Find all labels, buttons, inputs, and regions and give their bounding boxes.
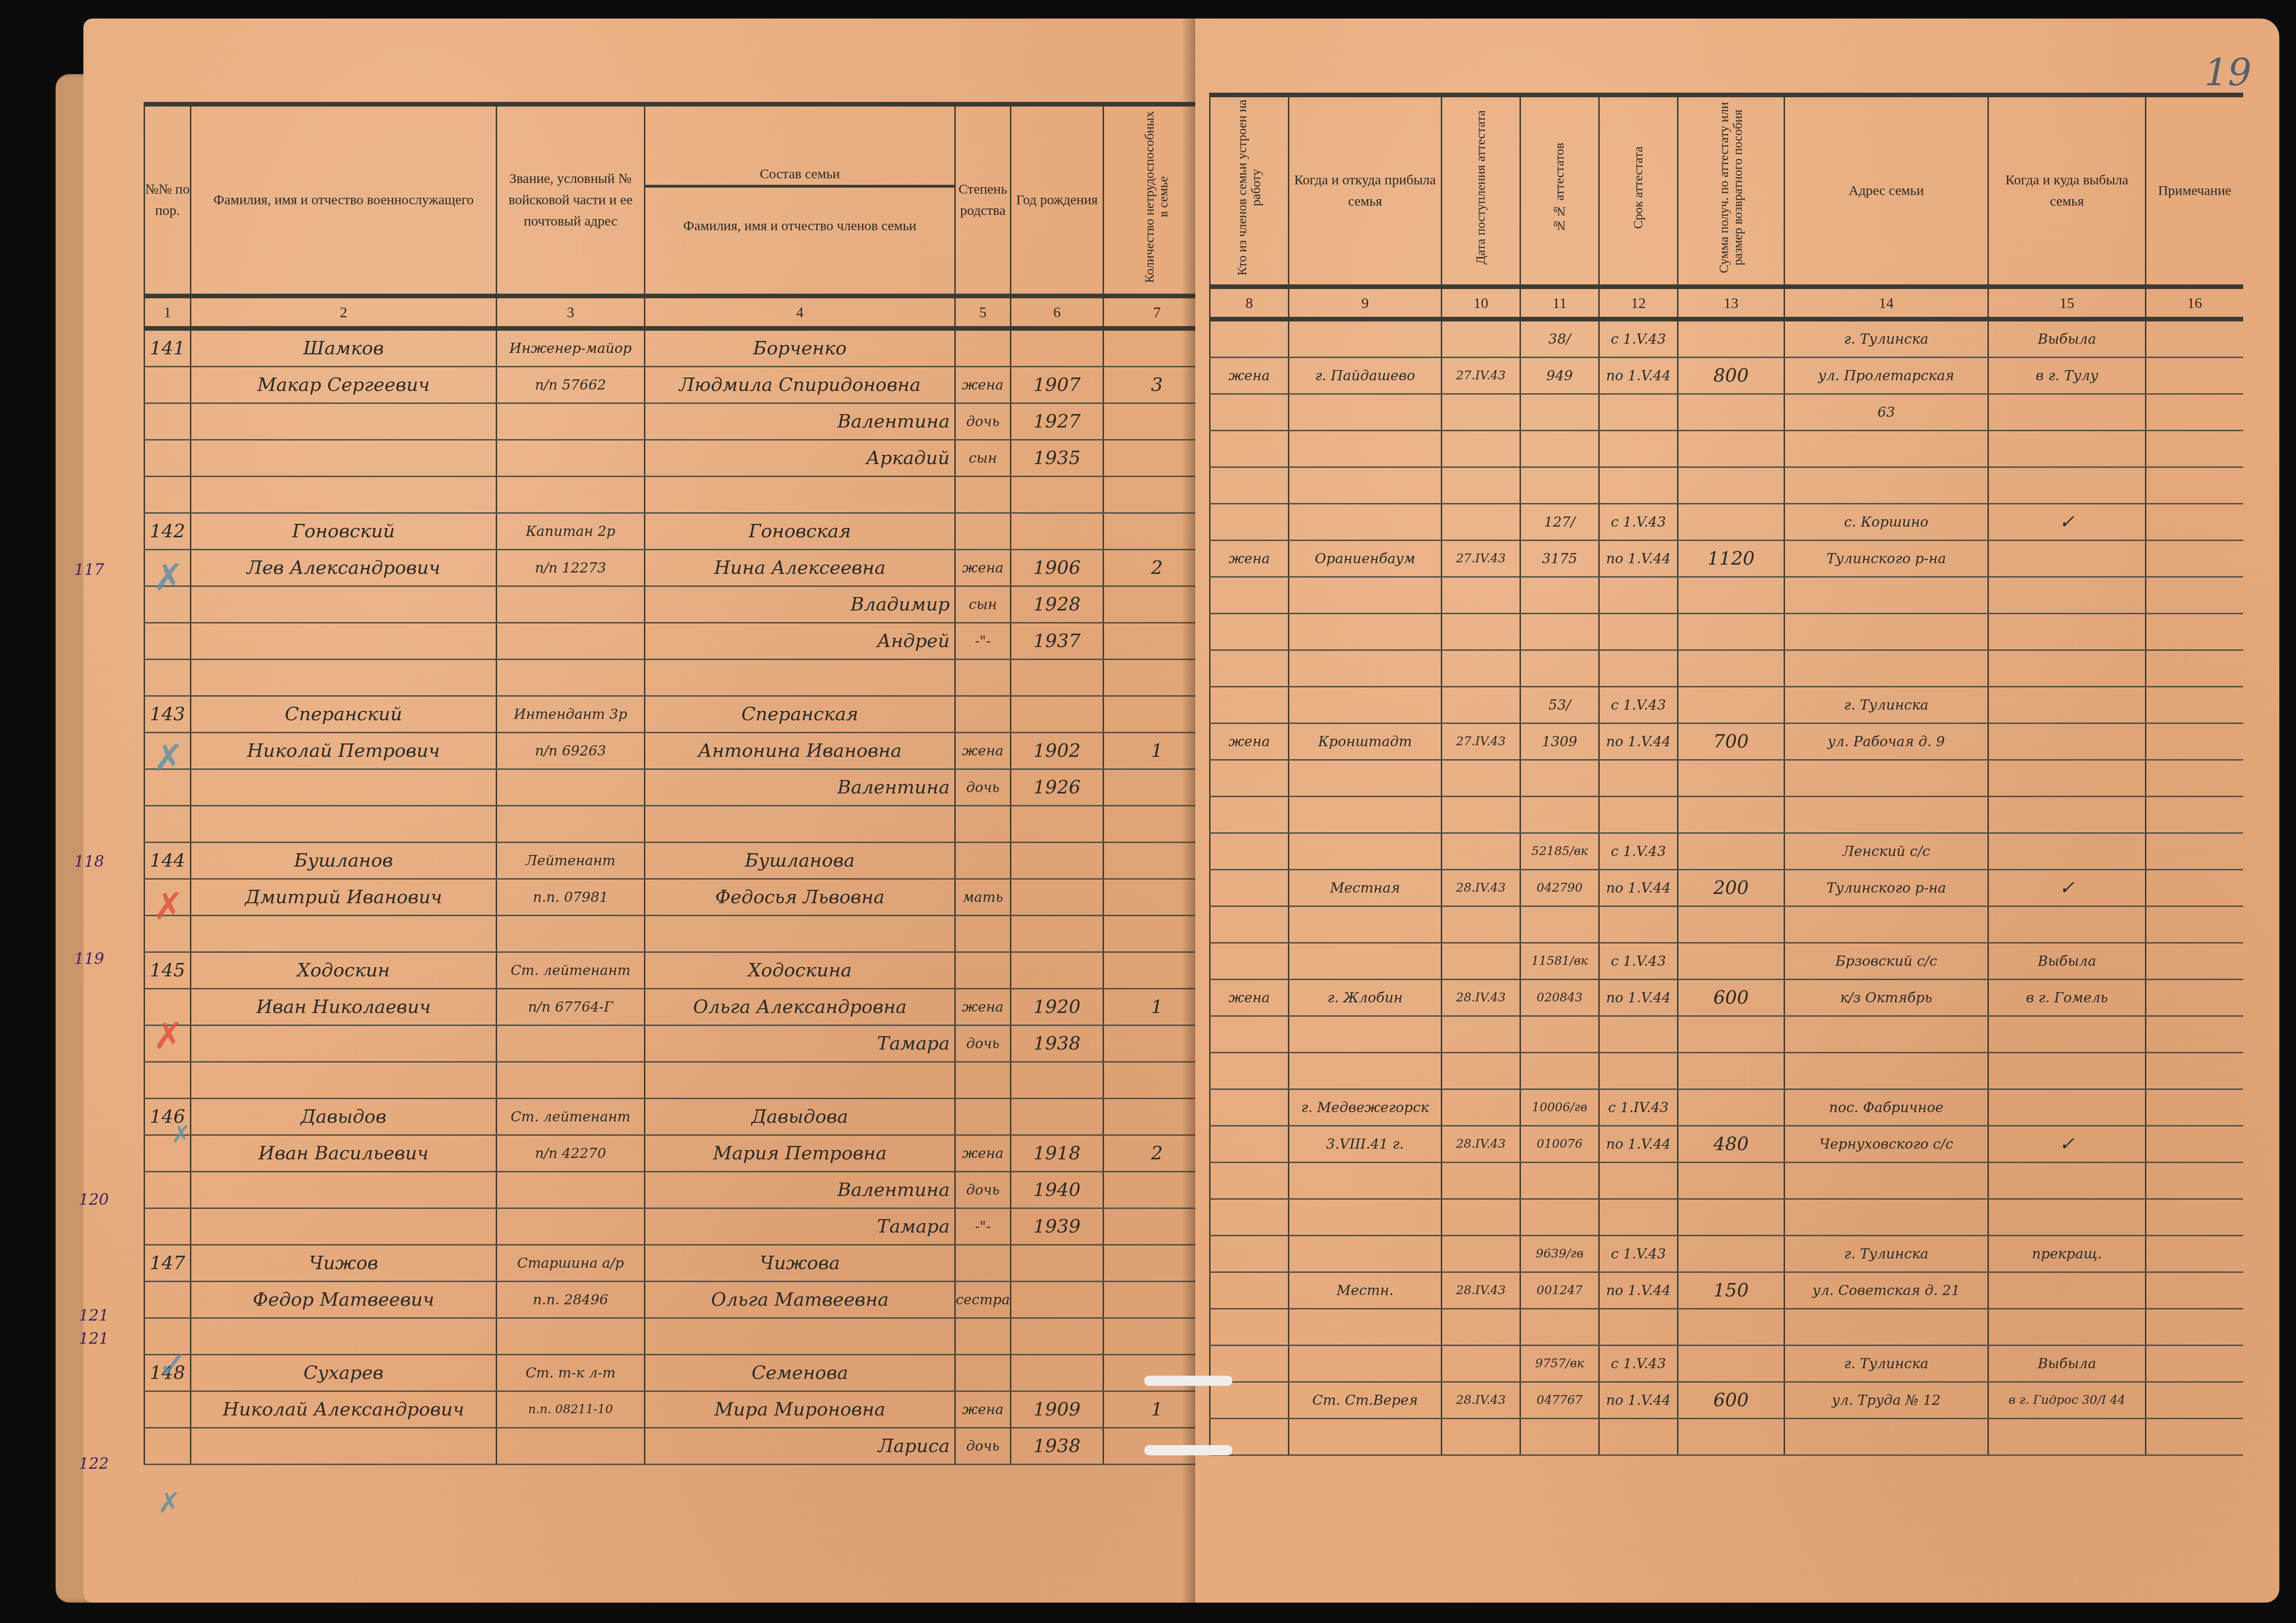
table-row: Дмитрий Иванович п.п. 07981 Федосья Льво… [145,879,1210,916]
header-col10: Дата поступления аттестата [1442,95,1520,287]
header-col3: Звание, условный № войсковой части и ее … [497,104,645,296]
departed: Выбыла [1988,319,2146,358]
unit: п/п 67764-Г [497,989,645,1025]
member-relation: жена [955,550,1011,586]
member-name: Тамара [645,1025,955,1062]
header-col8-label: Кто из членов семьи устроен на работу [1236,97,1263,278]
address: с. Коршино [1785,504,1988,541]
attestat-no: 9639/гв [1520,1236,1599,1272]
table-row: Местн. 28.IV.43 001247 по 1.V.44 150 ул.… [1210,1272,2243,1309]
check-mark-icon: ✓ [1988,1126,2146,1163]
attestat-date: 28.IV.43 [1442,980,1520,1016]
employed: жена [1210,541,1289,577]
member-year: 1926 [1011,769,1104,806]
attestat-date: 28.IV.43 [1442,1382,1520,1419]
left-column-numbers: 1 2 3 4 5 6 7 [145,296,1210,328]
table-row: 145 Ходоскин Ст. лейтенант Ходоскина [145,952,1210,989]
arrived-date: 3.VIII.41 г. [1289,1126,1442,1163]
stub-number: 118 [74,852,104,871]
binding-thread [1144,1445,1232,1455]
colnum: 11 [1520,287,1599,319]
member-year: 1938 [1011,1025,1104,1062]
serviceman-surname: Сперанский [191,696,497,733]
attestat-term: с 1.V.43 [1599,833,1678,870]
right-column-numbers: 8 9 10 11 12 13 14 15 16 [1210,287,2243,319]
attestat-term: по 1.V.44 [1599,1126,1678,1163]
attestat-date: 27.IV.43 [1442,358,1520,394]
member-name: Людмила Спиридоновна [645,367,955,403]
member-relation: -"- [955,623,1011,660]
address: ул. Труда № 12 [1785,1382,1988,1419]
amount: 700 [1678,723,1785,760]
member-relation: дочь [955,769,1011,806]
member-year: 1907 [1011,367,1104,403]
table-row: г. Медвежегорск 10006/гв с 1.IV.43 пос. … [1210,1089,2243,1126]
stub-number: 122 [79,1454,109,1473]
header-col12: Срок аттестата [1599,95,1678,287]
unit: п/п 57662 [497,367,645,403]
right-page: 19 Кто из членов семьи устроен на работу… [1195,19,2279,1603]
member-year: 1928 [1011,586,1104,623]
member-name: Валентина [645,769,955,806]
family-surname: Сперанская [645,696,955,733]
table-row: Николай Александрович п.п. 08211-10 Мира… [145,1391,1210,1428]
amount: 600 [1678,980,1785,1016]
member-name: Валентина [645,403,955,440]
address: пос. Фабричное [1785,1089,1988,1126]
table-row: жена Кронштадт 27.IV.43 1309 по 1.V.44 7… [1210,723,2243,760]
table-row: 127/ с 1.V.43 с. Коршино ✓ [1210,504,2243,541]
header-col10-label: Дата поступления аттестата [1474,110,1488,264]
attestat-no: 047767 [1520,1382,1599,1419]
colnum: 4 [645,296,955,328]
colnum: 10 [1442,287,1520,319]
entry-no: 144 [145,843,191,879]
serviceman-surname: Гоновский [191,513,497,550]
attestat-term: по 1.V.44 [1599,358,1678,394]
table-row: Лариса дочь 1938 [145,1428,1210,1465]
table-row: 38/ с 1.V.43 г. Тулинска Выбыла [1210,319,2243,358]
colnum: 2 [191,296,497,328]
table-row: Валентина дочь 1926 [145,769,1210,806]
colnum: 14 [1785,287,1988,319]
colnum: 15 [1988,287,2146,319]
table-row: жена г. Жлобин 28.IV.43 020843 по 1.V.44… [1210,980,2243,1016]
family-surname: Гоновская [645,513,955,550]
address: г. Тулинска [1785,1346,1988,1382]
entry-no: 147 [145,1245,191,1282]
table-row: Тамара дочь 1938 [145,1025,1210,1062]
member-relation: сын [955,586,1011,623]
colnum: 13 [1678,287,1785,319]
member-name: Аркадий [645,440,955,477]
member-name: Ольга Александровна [645,989,955,1025]
table-row: Тамара -"- 1939 [145,1208,1210,1245]
header-col9: Когда и откуда прибыла семья [1289,95,1442,287]
amount: 600 [1678,1382,1785,1419]
attestat-no: 3175 [1520,541,1599,577]
colnum: 16 [2146,287,2243,319]
unit: п/п 69263 [497,733,645,769]
address: г. Тулинска [1785,687,1988,723]
member-name: Владимир [645,586,955,623]
rank: Ст. лейтенант [497,1099,645,1135]
rank: Ст. лейтенант [497,952,645,989]
family-surname: Ходоскина [645,952,955,989]
attestat-no: 010076 [1520,1126,1599,1163]
address: Ленский с/с [1785,833,1988,870]
table-row: Иван Васильевич п/п 42270 Мария Петровна… [145,1135,1210,1172]
table-row: 148 Сухарев Ст. т-к л-т Семенова [145,1355,1210,1391]
departed: в г. Гидрос 30/I 44 [1988,1382,2146,1419]
address: ул. Пролетарская [1785,358,1988,394]
colnum: 8 [1210,287,1289,319]
rank: Ст. т-к л-т [497,1355,645,1391]
member-relation: жена [955,733,1011,769]
address: ул. Рабочая д. 9 [1785,723,1988,760]
table-row: 143 Сперанский Интендант 3р Сперанская [145,696,1210,733]
serviceman-surname: Чижов [191,1245,497,1282]
attestat-no: 52185/вк [1520,833,1599,870]
amount: 150 [1678,1272,1785,1309]
member-relation: жена [955,1391,1011,1428]
address: Чернуховского с/с [1785,1126,1988,1163]
table-row: Валентина дочь 1927 [145,403,1210,440]
member-name: Андрей [645,623,955,660]
attestat-no: 38/ [1520,319,1599,358]
address: Тулинского р-на [1785,541,1988,577]
serviceman-given: Иван Николаевич [191,989,497,1025]
serviceman-surname: Ходоскин [191,952,497,989]
attestat-term: с 1.IV.43 [1599,1089,1678,1126]
attestat-term: по 1.V.44 [1599,870,1678,906]
table-row: 9757/вк с 1.V.43 г. Тулинска Выбыла [1210,1346,2243,1382]
member-year: 1906 [1011,550,1104,586]
colnum: 1 [145,296,191,328]
arrived-from: Местн. [1289,1272,1442,1309]
amount: 200 [1678,870,1785,906]
serviceman-given: Иван Васильевич [191,1135,497,1172]
family-surname: Давыдова [645,1099,955,1135]
entry-no: 142 [145,513,191,550]
amount: 1120 [1678,541,1785,577]
address: Тулинского р-на [1785,870,1988,906]
departed: Выбыла [1988,1346,2146,1382]
unit: п/п 12273 [497,550,645,586]
attestat-no: 53/ [1520,687,1599,723]
attestat-no: 020843 [1520,980,1599,1016]
unit: п.п. 07981 [497,879,645,916]
employed: жена [1210,980,1289,1016]
table-row: 146 Давыдов Ст. лейтенант Давыдова [145,1099,1210,1135]
serviceman-given: Николай Петрович [191,733,497,769]
unit: п.п. 28496 [497,1282,645,1318]
departed: в г. Тулу [1988,358,2146,394]
member-name: Ольга Матвеевна [645,1282,955,1318]
attestat-term: с 1.V.43 [1599,319,1678,358]
address: 63 [1785,394,1988,431]
right-header-row: Кто из членов семьи устроен на работу Ко… [1210,95,2243,287]
rank: Капитан 2р [497,513,645,550]
attestat-no: 11581/вк [1520,943,1599,980]
unit: п.п. 08211-10 [497,1391,645,1428]
stub-number: 117 [74,560,104,579]
attestat-term: по 1.V.44 [1599,723,1678,760]
family-surname: Семенова [645,1355,955,1391]
table-row: 3.VIII.41 г. 28.IV.43 010076 по 1.V.44 4… [1210,1126,2243,1163]
employed: жена [1210,723,1289,760]
arrived-from: Местная [1289,870,1442,906]
serviceman-given: Федор Матвеевич [191,1282,497,1318]
member-year: 1939 [1011,1208,1104,1245]
departed: Выбыла [1988,943,2146,980]
member-name: Федосья Львовна [645,879,955,916]
attestat-no: 127/ [1520,504,1599,541]
header-col12-label: Срок аттестата [1632,146,1646,229]
left-header-row: №№ по пор. Фамилия, имя и отчество военн… [145,104,1210,296]
attestat-no: 10006/гв [1520,1089,1599,1126]
table-row: Николай Петрович п/п 69263 Антонина Иван… [145,733,1210,769]
attestat-no: 1309 [1520,723,1599,760]
header-col15: Когда и куда выбыла семья [1988,95,2146,287]
attestat-no: 042790 [1520,870,1599,906]
address: г. Тулинска [1785,319,1988,358]
attestat-date: 27.IV.43 [1442,541,1520,577]
serviceman-given: Дмитрий Иванович [191,879,497,916]
member-year: 1938 [1011,1428,1104,1465]
entry-no: 141 [145,328,191,367]
table-row: Валентина дочь 1940 [145,1172,1210,1208]
colnum: 9 [1289,287,1442,319]
left-ledger-table: №№ по пор. Фамилия, имя и отчество военн… [144,102,1210,1465]
table-row: 147 Чижов Старшина а/р Чижова [145,1245,1210,1282]
family-surname: Чижова [645,1245,955,1282]
member-name: Лариса [645,1428,955,1465]
table-row: 11581/вк с 1.V.43 Брзовский с/с Выбыла [1210,943,2243,980]
member-relation: жена [955,989,1011,1025]
member-name: Мария Петровна [645,1135,955,1172]
attestat-no: 949 [1520,358,1599,394]
table-row: Федор Матвеевич п.п. 28496 Ольга Матвеев… [145,1282,1210,1318]
departed: в г. Гомель [1988,980,2146,1016]
attestat-term: с 1.V.43 [1599,1346,1678,1382]
header-col5: Степень родства [955,104,1011,296]
table-row: 141 Шамков Инженер-майор Борченко [145,328,1210,367]
colnum: 5 [955,296,1011,328]
colnum: 6 [1011,296,1104,328]
table-row: 52185/вк с 1.V.43 Ленский с/с [1210,833,2243,870]
header-col13: Сумма получ. по аттестату или размер воз… [1678,95,1785,287]
address: к/з Октябрь [1785,980,1988,1016]
member-relation: -"- [955,1208,1011,1245]
serviceman-given: Макар Сергеевич [191,367,497,403]
member-year: 1909 [1011,1391,1104,1428]
header-col11-label: №№ аттестатов [1553,143,1567,233]
ledger-book: 117 118 119 120 121 121 122 №№ по пор. Ф… [28,19,2284,1607]
blue-check-mark-icon: ✗ [153,736,184,780]
arrived-from: Кронштадт [1289,723,1442,760]
header-col1: №№ по пор. [145,104,191,296]
attestat-term: с 1.V.43 [1599,1236,1678,1272]
left-page: 117 118 119 120 121 121 122 №№ по пор. Ф… [83,19,1195,1603]
amount: 480 [1678,1126,1785,1163]
member-relation: дочь [955,1428,1011,1465]
table-row: 9639/гв с 1.V.43 г. Тулинска прекращ. [1210,1236,2243,1272]
attestat-no: 001247 [1520,1272,1599,1309]
header-col14: Адрес семьи [1785,95,1988,287]
rank: Интендант 3р [497,696,645,733]
table-row: жена Ораниенбаум 27.IV.43 3175 по 1.V.44… [1210,541,2243,577]
member-name: Тамара [645,1208,955,1245]
header-col13-label: Сумма получ. по аттестату или размер воз… [1717,97,1745,278]
serviceman-given: Николай Александрович [191,1391,497,1428]
table-row: Ст. Ст.Верея 28.IV.43 047767 по 1.V.44 6… [1210,1382,2243,1419]
attestat-term: по 1.V.44 [1599,1272,1678,1309]
check-mark-icon: ✓ [1988,504,2146,541]
family-surname: Борченко [645,328,955,367]
member-relation: дочь [955,403,1011,440]
table-row: Макар Сергеевич п/п 57662 Людмила Спирид… [145,367,1210,403]
table-row: 53/ с 1.V.43 г. Тулинска [1210,687,2243,723]
header-col8: Кто из членов семьи устроен на работу [1210,95,1289,287]
colnum: 3 [497,296,645,328]
header-col4-label: Фамилия, имя и отчество членов семьи [645,215,954,237]
table-row: 144 Бушланов Лейтенант Бушланова [145,843,1210,879]
departed: прекращ. [1988,1236,2146,1272]
table-row: Иван Николаевич п/п 67764-Г Ольга Алекса… [145,989,1210,1025]
amount: 800 [1678,358,1785,394]
address: г. Тулинска [1785,1236,1988,1272]
page-number: 19 [2204,51,2252,94]
header-family-group: Состав семьи [645,164,954,188]
serviceman-given: Лев Александрович [191,550,497,586]
member-year: 1940 [1011,1172,1104,1208]
attestat-no: 9757/вк [1520,1346,1599,1382]
attestat-date: 28.IV.43 [1442,1126,1520,1163]
serviceman-surname: Бушланов [191,843,497,879]
stub-number: 119 [74,950,104,968]
rank: Лейтенант [497,843,645,879]
attestat-date: 28.IV.43 [1442,870,1520,906]
serviceman-surname: Давыдов [191,1099,497,1135]
arrived-from: Ораниенбаум [1289,541,1442,577]
blue-check-mark-icon: ✗ [171,1121,191,1148]
header-col7-label: Количество нетрудоспособных в семье [1143,107,1171,287]
arrived-from: г. Медвежегорск [1289,1089,1442,1126]
table-row: 142 Гоновский Капитан 2р Гоновская [145,513,1210,550]
header-col11: №№ аттестатов [1520,95,1599,287]
member-relation: сын [955,440,1011,477]
blue-check-mark-icon: ✗ [153,556,184,599]
attestat-date: 28.IV.43 [1442,1272,1520,1309]
table-row: Владимир сын 1928 [145,586,1210,623]
header-col2: Фамилия, имя и отчество военнослужащего [191,104,497,296]
attestat-term: по 1.V.44 [1599,541,1678,577]
attestat-term: по 1.V.44 [1599,980,1678,1016]
stub-number: 120 [79,1190,109,1209]
colnum: 12 [1599,287,1678,319]
address: Брзовский с/с [1785,943,1988,980]
attestat-date: 27.IV.43 [1442,723,1520,760]
member-relation: сестра [955,1282,1011,1318]
member-name: Мира Мироновна [645,1391,955,1428]
arrived-from: г. Пайдашево [1289,358,1442,394]
member-year: 1918 [1011,1135,1104,1172]
member-relation: дочь [955,1172,1011,1208]
attestat-term: по 1.V.44 [1599,1382,1678,1419]
member-year: 1902 [1011,733,1104,769]
member-year: 1927 [1011,403,1104,440]
attestat-term: с 1.V.43 [1599,687,1678,723]
attestat-term: с 1.V.43 [1599,504,1678,541]
member-name: Антонина Ивановна [645,733,955,769]
table-row: Лев Александрович п/п 12273 Нина Алексее… [145,550,1210,586]
member-relation: дочь [955,1025,1011,1062]
check-mark-icon: ✓ [1988,870,2146,906]
arrived-from: г. Жлобин [1289,980,1442,1016]
family-surname: Бушланова [645,843,955,879]
member-name: Валентина [645,1172,955,1208]
blue-check-mark-icon: ✗ [158,1487,181,1519]
member-relation: жена [955,367,1011,403]
blue-check-mark-icon: ✓ [158,1343,189,1386]
member-relation: мать [955,879,1011,916]
red-check-mark-icon: ✗ [153,885,184,928]
entry-no: 145 [145,952,191,989]
rank: Инженер-майор [497,328,645,367]
rank: Старшина а/р [497,1245,645,1282]
unit: п/п 42270 [497,1135,645,1172]
member-year: 1920 [1011,989,1104,1025]
member-name: Нина Алексеевна [645,550,955,586]
right-ledger-table: Кто из членов семьи устроен на работу Ко… [1209,93,2243,1456]
table-row: жена г. Пайдашево 27.IV.43 949 по 1.V.44… [1210,358,2243,394]
stub-number: 121 [79,1329,109,1348]
member-year: 1937 [1011,623,1104,660]
arrived-from: Ст. Ст.Верея [1289,1382,1442,1419]
member-year: 1935 [1011,440,1104,477]
stub-number: 121 [79,1306,109,1325]
table-row: Андрей -"- 1937 [145,623,1210,660]
binding-thread [1144,1376,1232,1386]
address: ул. Советская д. 21 [1785,1272,1988,1309]
entry-no: 143 [145,696,191,733]
table-row: Местная 28.IV.43 042790 по 1.V.44 200 Ту… [1210,870,2243,906]
header-col6: Год рождения [1011,104,1104,296]
member-relation: жена [955,1135,1011,1172]
serviceman-surname: Сухарев [191,1355,497,1391]
header-col16: Примечание [2146,95,2243,287]
attestat-term: с 1.V.43 [1599,943,1678,980]
header-col4: Состав семьи Фамилия, имя и отчество чле… [645,104,955,296]
employed: жена [1210,358,1289,394]
table-row: Аркадий сын 1935 [145,440,1210,477]
red-check-mark-icon: ✗ [153,1014,184,1057]
serviceman-surname: Шамков [191,328,497,367]
